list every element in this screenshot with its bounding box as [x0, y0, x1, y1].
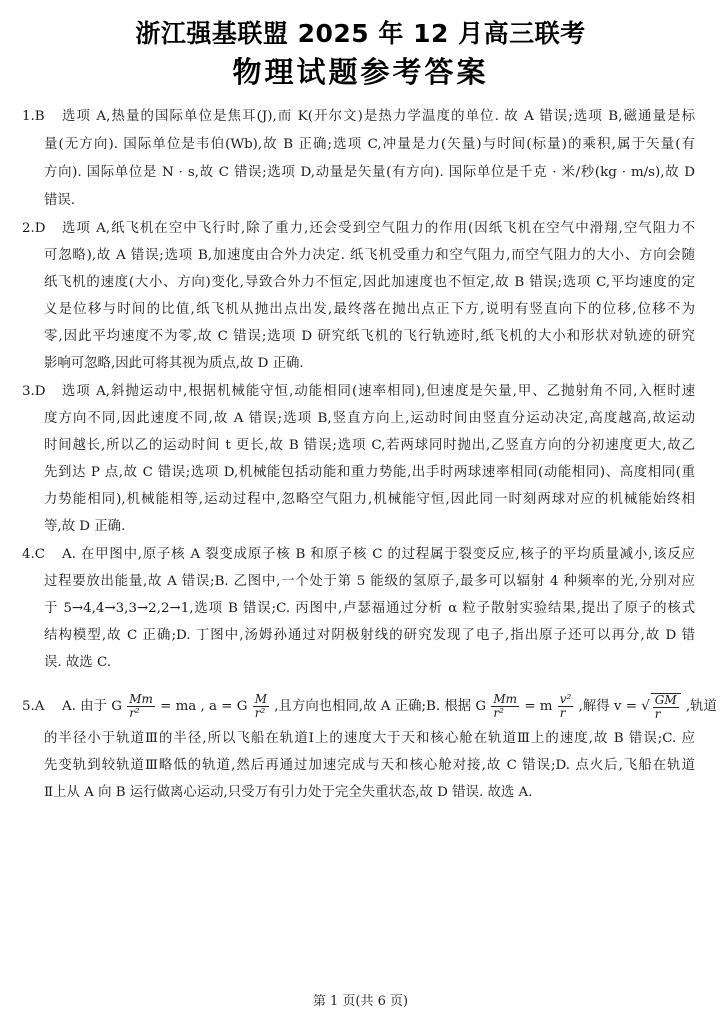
explanation-text: 零,因此平均速度不为零,故 C 错误;选项 D 研究纸飞机的飞行轨迹时,纸飞机的… — [44, 326, 695, 348]
explanation-text: 方向). 国际单位是 N · s,故 C 错误;选项 D,动量是矢量(有方向).… — [44, 162, 695, 184]
answer-letter: C — [35, 547, 45, 562]
answer-letter: B — [35, 109, 45, 124]
question-number: 1. — [22, 109, 35, 124]
question-line: 4.C A. 在甲图中,原子核 A 裂变成原子核 B 和原子核 C 的过程属于裂… — [0, 544, 721, 566]
explanation-text: 选项 A,纸飞机在空中飞行时,除了重力,还会受到空气阻力的作用(因纸飞机在空气中… — [62, 218, 695, 240]
question-number: 3. — [22, 384, 35, 399]
answer-key-title: 物理试题参考答案 — [0, 50, 721, 91]
question-number: 2. — [22, 221, 35, 236]
question-line: 3.D 选项 A,斜抛运动中,根据机械能守恒,动能相同(速率相同),但速度是矢量… — [0, 381, 721, 403]
explanation-text: 于 5→4,4→3,3→2,2→1,选项 B 错误;C. 丙图中,卢瑟福通过分析… — [44, 598, 695, 620]
question-line: 量(无方向). 国际单位是韦伯(Wb),故 B 正确;选项 C,冲量是力(矢量)… — [0, 134, 721, 156]
explanation-text: 力势能相同),机械能相等,运动过程中,忽略空气阻力,机械能守恒,因此同一时刻两球… — [44, 489, 695, 511]
fraction: Mmr² — [127, 693, 155, 720]
question-line: 零,因此平均速度不为零,故 C 错误;选项 D 研究纸飞机的飞行轨迹时,纸飞机的… — [0, 326, 721, 348]
answer-letter: D — [35, 384, 46, 399]
explanation-text: 纸飞机的速度(大小、方向)变化,导致合外力不恒定,因此加速度也不恒定,故 B 错… — [44, 272, 695, 294]
explanation-text: 的半径小于轨道Ⅲ的半径,所以飞船在轨道Ⅰ上的速度大于天和核心舱在轨道Ⅲ上的速度,… — [44, 728, 695, 750]
question-line: 力势能相同),机械能相等,运动过程中,忽略空气阻力,机械能守恒,因此同一时刻两球… — [0, 489, 721, 511]
question-line: 等,故 D 正确. — [0, 516, 721, 538]
explanation-text: 量(无方向). 国际单位是韦伯(Wb),故 B 正确;选项 C,冲量是力(矢量)… — [44, 134, 695, 156]
sqrt-fraction: GMr — [651, 693, 681, 721]
question-line: 2.D 选项 A,纸飞机在空中飞行时,除了重力,还会受到空气阻力的作用(因纸飞机… — [0, 218, 721, 240]
question-line: 方向). 国际单位是 N · s,故 C 错误;选项 D,动量是矢量(有方向).… — [0, 162, 721, 184]
explanation-text: 错误. — [44, 190, 695, 212]
explanation-text: 可忽略),故 A 错误;选项 B,加速度由合外力决定. 纸飞机受重力和空气阻力,… — [44, 245, 695, 267]
question-line: 纸飞机的速度(大小、方向)变化,导致合外力不恒定,因此加速度也不恒定,故 B 错… — [0, 272, 721, 294]
question-number: 5. — [22, 699, 35, 714]
answer-letter: A — [35, 699, 45, 714]
question-line: 影响可忽略,因此可将其视为质点,故 D 正确. — [0, 353, 721, 375]
question-line: 可忽略),故 A 错误;选项 B,加速度由合外力决定. 纸飞机受重力和空气阻力,… — [0, 245, 721, 267]
explanation-text: 等,故 D 正确. — [44, 516, 695, 538]
explanation-text: A. 在甲图中,原子核 A 裂变成原子核 B 和原子核 C 的过程属于裂变反应,… — [62, 544, 695, 566]
question-line: 误. 故选 C. — [0, 652, 721, 674]
question-line: 错误. — [0, 190, 721, 212]
explanation-text: 先变轨到较轨道Ⅲ略低的轨道,然后再通过加速完成与天和核心舱对接,故 C 错误;D… — [44, 755, 695, 777]
explanation-text: 选项 A,斜抛运动中,根据机械能守恒,动能相同(速率相同),但速度是矢量,甲、乙… — [62, 381, 695, 403]
answer-letter: D — [35, 221, 46, 236]
fraction: v²r — [558, 693, 574, 720]
page-number: 第 1 页(共 6 页) — [0, 990, 721, 1009]
explanation-text: 过程要放出能量,故 A 错误;B. 乙图中,一个处于第 5 能级的氢原子,最多可… — [44, 571, 695, 593]
question-line: 1.B 选项 A,热量的国际单位是焦耳(J),而 K(开尔文)是热力学温度的单位… — [0, 106, 721, 128]
question-line: 的半径小于轨道Ⅲ的半径,所以飞船在轨道Ⅰ上的速度大于天和核心舱在轨道Ⅲ上的速度,… — [0, 728, 721, 750]
question-line: 先变轨到较轨道Ⅲ略低的轨道,然后再通过加速完成与天和核心舱对接,故 C 错误;D… — [0, 755, 721, 777]
question-line: Ⅱ上从 A 向 B 运行做离心运动,只受万有引力处于完全失重状态,故 D 错误.… — [0, 782, 721, 804]
exam-title: 浙江强基联盟 2025 年 12 月高三联考 — [0, 14, 721, 50]
question-line: 5.A A. 由于 G Mmr² = ma , a = G Mr² ,且方向也相… — [0, 690, 721, 724]
explanation-text: 选项 A,热量的国际单位是焦耳(J),而 K(开尔文)是热力学温度的单位. 故 … — [62, 106, 695, 128]
fraction: Mr² — [253, 693, 269, 720]
explanation-text: 影响可忽略,因此可将其视为质点,故 D 正确. — [44, 353, 695, 375]
question-line: 时间越长,所以乙的运动时间 t 更长,故 B 错误;选项 C,若两球同时抛出,乙… — [0, 435, 721, 457]
question-line: 结构模型,故 C 正确;D. 丁图中,汤姆孙通过对阴极射线的研究发现了电子,指出… — [0, 625, 721, 647]
question-line: 先到达 P 点,故 C 错误;选项 D,机械能包括动能和重力势能,出手时两球速率… — [0, 462, 721, 484]
question-line: 义是位移与时间的比值,纸飞机从抛出点出发,最终落在抛出点正下方,说明有竖直向下的… — [0, 299, 721, 321]
question-line: 于 5→4,4→3,3→2,2→1,选项 B 错误;C. 丙图中,卢瑟福通过分析… — [0, 598, 721, 620]
explanation-text: 度方向不同,因此速度不同,故 A 错误;选项 B,竖直方向上,运动时间由竖直分运… — [44, 408, 695, 430]
explanation-text: 先到达 P 点,故 C 错误;选项 D,机械能包括动能和重力势能,出手时两球速率… — [44, 462, 695, 484]
formula-line: A. 由于 G Mmr² = ma , a = G Mr² ,且方向也相同,故 … — [62, 690, 695, 724]
question-line: 过程要放出能量,故 A 错误;B. 乙图中,一个处于第 5 能级的氢原子,最多可… — [0, 571, 721, 593]
question-number: 4. — [22, 547, 35, 562]
fraction: Mmr² — [491, 693, 519, 720]
explanation-text: Ⅱ上从 A 向 B 运行做离心运动,只受万有引力处于完全失重状态,故 D 错误.… — [44, 782, 695, 804]
explanation-text: 时间越长,所以乙的运动时间 t 更长,故 B 错误;选项 C,若两球同时抛出,乙… — [44, 435, 695, 457]
question-line: 度方向不同,因此速度不同,故 A 错误;选项 B,竖直方向上,运动时间由竖直分运… — [0, 408, 721, 430]
explanation-text: 误. 故选 C. — [44, 652, 695, 674]
explanation-text: 结构模型,故 C 正确;D. 丁图中,汤姆孙通过对阴极射线的研究发现了电子,指出… — [44, 625, 695, 647]
explanation-text: 义是位移与时间的比值,纸飞机从抛出点出发,最终落在抛出点正下方,说明有竖直向下的… — [44, 299, 695, 321]
